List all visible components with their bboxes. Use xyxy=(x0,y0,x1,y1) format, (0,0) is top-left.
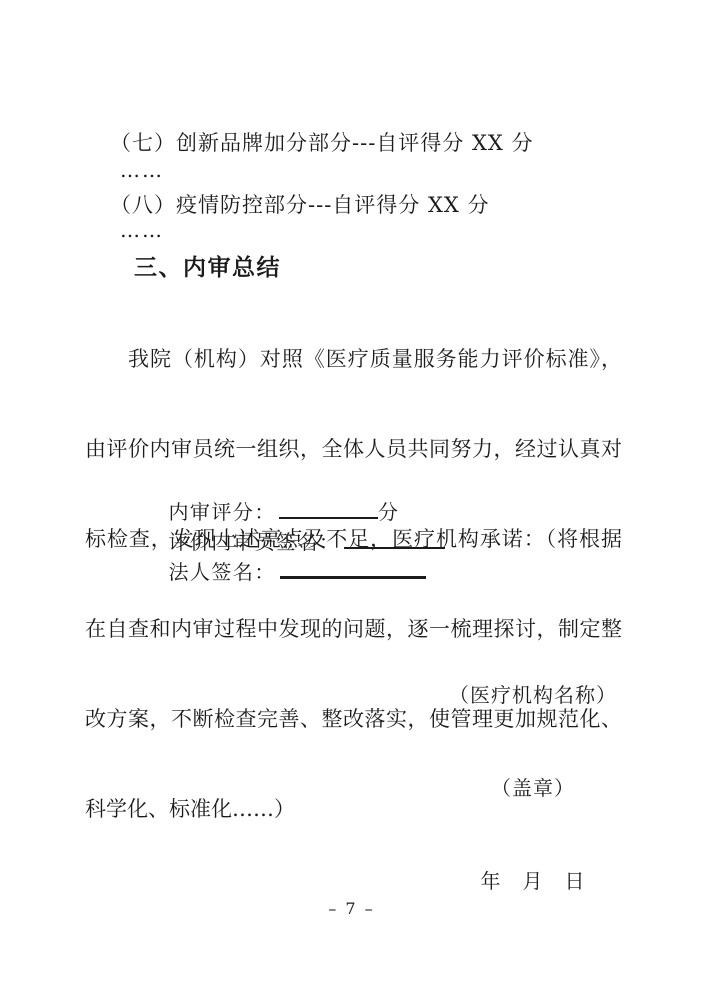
legal-signature-label: 法人签名： xyxy=(168,560,276,584)
seal-line: （盖章） xyxy=(425,773,641,804)
date-line: 年 月 日 xyxy=(425,866,641,897)
paragraph-line: 我院（机构）对照《医疗质量服务能力评价标准》， xyxy=(85,344,622,374)
document-page: （七）创新品牌加分部分---自评得分 XX 分 …… （八）疫情防控部分---自… xyxy=(0,0,703,994)
paragraph-line: 由评价内审员统一组织，全体人员共同努力，经过认真对 xyxy=(85,434,622,464)
ellipsis-line-1: …… xyxy=(120,158,164,182)
score-item-seven: （七）创新品牌加分部分---自评得分 XX 分 xyxy=(110,127,534,157)
score-item-eight: （八）疫情防控部分---自评得分 XX 分 xyxy=(110,189,490,219)
page-number: – 7 – xyxy=(0,899,703,918)
section-heading-internal-audit-summary: 三、内审总结 xyxy=(134,249,281,282)
legal-signature-blank xyxy=(280,557,426,579)
ellipsis-line-2: …… xyxy=(120,218,164,242)
legal-person-signature-row: 法人签名： xyxy=(137,532,426,609)
organization-name-line: （医疗机构名称） xyxy=(425,680,641,711)
